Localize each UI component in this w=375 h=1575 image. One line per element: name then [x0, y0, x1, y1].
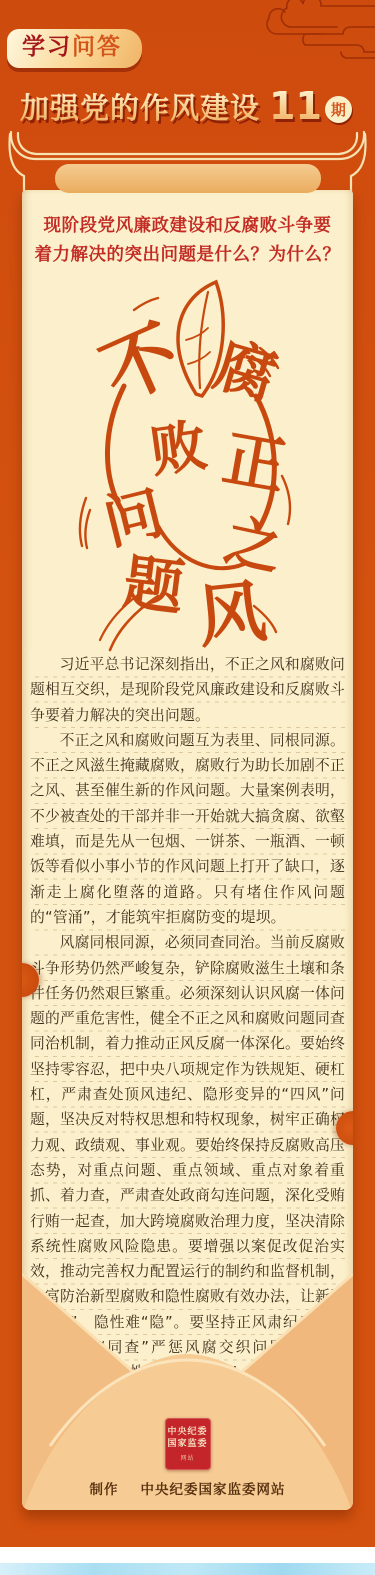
illu-char-zhi: 之 [219, 508, 287, 583]
body-paragraph-2: 不正之风和腐败问题互为表里、同根同源。不正之风滋生掩藏腐败，腐败行为助长加剧不正… [30, 728, 345, 930]
article-page: 学习问答 加强党的作风建设 11 期 现阶段党风廉政建设和反腐败斗争要 着力解决… [0, 0, 375, 1575]
study-qa-badge: 学习问答 [7, 29, 142, 68]
illu-char-feng: 风 [194, 572, 270, 658]
seal-text-line2: 国家监委 [167, 1438, 207, 1450]
illu-char-ti: 题 [119, 548, 187, 625]
question-heading: 现阶段党风廉政建设和反腐败斗争要 着力解决的突出问题是什么？为什么？ [22, 212, 353, 270]
question-line-1: 现阶段党风廉政建设和反腐败斗争要 [22, 212, 353, 241]
production-credit: 制作中央纪委国家监委网站 [22, 1478, 353, 1498]
seal-text-sub: 网站 [180, 1453, 194, 1462]
issue-suffix-circle: 期 [325, 96, 352, 123]
question-line-2: 着力解决的突出问题是什么？为什么？ [22, 241, 353, 270]
bottom-blue-strip [0, 1563, 375, 1575]
body-paragraph-1: 习近平总书记深刻指出，不正之风和腐败问题相互交织，是现阶段党风廉政建设和反腐败斗… [30, 652, 345, 728]
illu-char-bai: 败 [146, 413, 211, 485]
card-top-tab [55, 164, 321, 193]
title-row: 加强党的作风建设 11 期 [20, 84, 352, 128]
illu-char-bu: 不 [89, 310, 192, 419]
page-title: 加强党的作风建设 [20, 86, 260, 127]
credit-label: 制作 [90, 1482, 119, 1498]
envelope-graphic [22, 1250, 353, 1510]
ccdi-seal: 中央纪委 国家监委 网站 [165, 1418, 211, 1470]
illu-char-zheng: 正 [217, 421, 291, 504]
calligraphy-gourd-illustration: 不 腐 败 正 问 之 题 风 [38, 276, 338, 660]
cloud-scroll-icon [225, 0, 375, 62]
content-card: 现阶段党风廉政建设和反腐败斗争要 着力解决的突出问题是什么？为什么？ [22, 190, 353, 1510]
badge-text-qa: 问答 [72, 34, 122, 60]
illu-char-wen: 问 [97, 478, 170, 558]
seal-text-line1: 中央纪委 [167, 1426, 207, 1438]
issue-number: 11 [269, 84, 322, 128]
badge-text-study: 学习 [22, 34, 72, 60]
credit-publisher: 中央纪委国家监委网站 [141, 1482, 286, 1498]
